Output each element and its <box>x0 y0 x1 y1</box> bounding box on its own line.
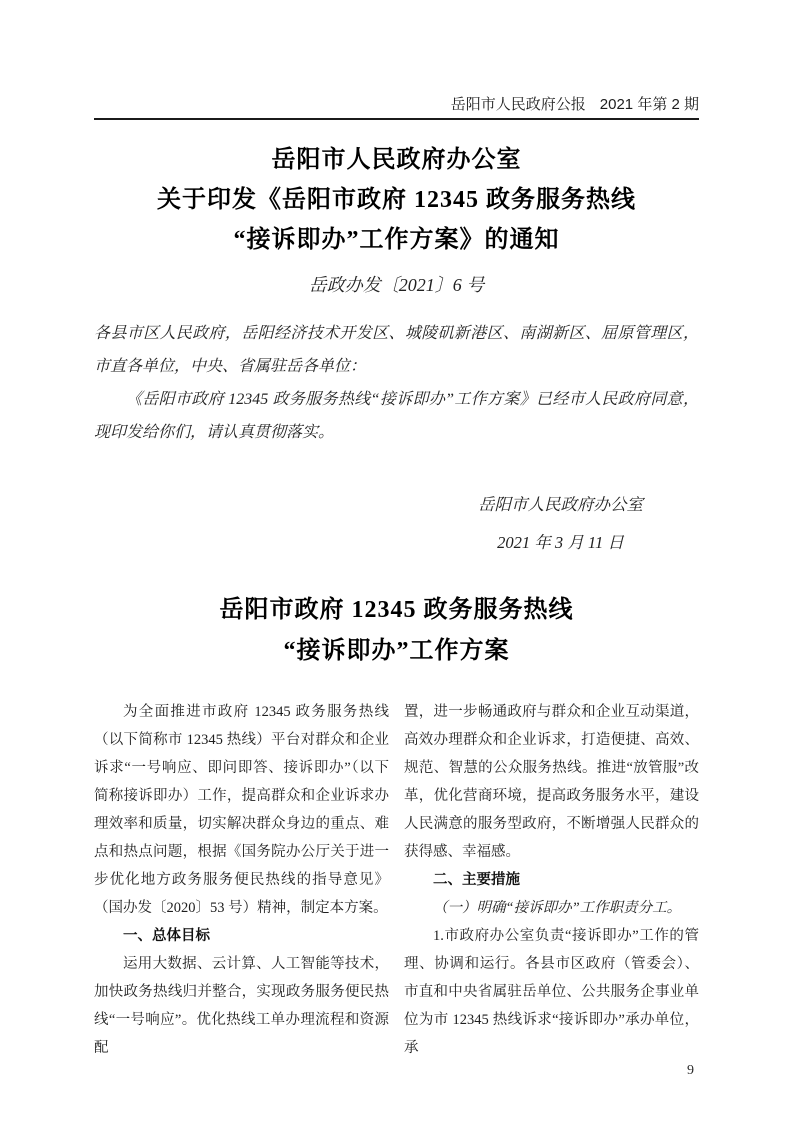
gazette-page: 岳阳市人民政府公报2021 年第 2 期 岳阳市人民政府办公室 关于印发《岳阳市… <box>0 0 793 1122</box>
plan-title: 岳阳市政府 12345 政务服务热线 “接诉即办”工作方案 <box>94 590 699 672</box>
notice-salutation: 各县市区人民政府，岳阳经济技术开发区、城陵矶新港区、南湖新区、屈原管理区，市直各… <box>94 317 699 383</box>
plan-title-line-1: 岳阳市政府 12345 政务服务热线 <box>94 590 699 631</box>
notice-title-line-2: 关于印发《岳阳市政府 12345 政务服务热线 <box>94 180 699 220</box>
plan-paragraph-1: 为全面推进市政府 12345 政务服务热线（以下简称市 12345 热线）平台对… <box>94 698 389 922</box>
masthead-publication: 岳阳市人民政府公报 <box>451 96 586 113</box>
plan-heading-1: 一、总体目标 <box>94 922 389 950</box>
masthead-issue: 2021 年第 2 期 <box>600 96 699 113</box>
notice-title-line-1: 岳阳市人民政府办公室 <box>94 140 699 180</box>
plan-heading-2: 二、主要措施 <box>404 866 699 894</box>
masthead: 岳阳市人民政府公报2021 年第 2 期 <box>94 0 699 113</box>
page-content: 岳阳市人民政府公报2021 年第 2 期 岳阳市人民政府办公室 关于印发《岳阳市… <box>94 0 699 1080</box>
plan-title-line-2: “接诉即办”工作方案 <box>94 631 699 672</box>
page-number: 9 <box>94 1062 699 1080</box>
notice-title: 岳阳市人民政府办公室 关于印发《岳阳市政府 12345 政务服务热线 “接诉即办… <box>94 140 699 260</box>
plan-column-left: 为全面推进市政府 12345 政务服务热线（以下简称市 12345 热线）平台对… <box>94 698 389 1062</box>
plan-subheading-1: （一）明确“接诉即办”工作职责分工。 <box>404 894 699 922</box>
signature-date: 2021 年 3 月 11 日 <box>478 524 643 562</box>
doc-number: 岳政办发〔2021〕6 号 <box>94 271 699 299</box>
plan-body-columns: 为全面推进市政府 12345 政务服务热线（以下简称市 12345 热线）平台对… <box>94 698 699 1062</box>
notice-body-paragraph: 《岳阳市政府 12345 政务服务热线“接诉即办”工作方案》已经市人民政府同意，… <box>94 383 699 449</box>
header-rule <box>94 118 699 120</box>
notice-body: 各县市区人民政府，岳阳经济技术开发区、城陵矶新港区、南湖新区、屈原管理区，市直各… <box>94 317 699 449</box>
notice-title-line-3: “接诉即办”工作方案》的通知 <box>94 220 699 260</box>
signature-org: 岳阳市人民政府办公室 <box>478 486 643 524</box>
signature-block: 岳阳市人民政府办公室 2021 年 3 月 11 日 <box>478 486 643 562</box>
plan-paragraph-2-continued: 置，进一步畅通政府与群众和企业互动渠道，高效办理群众和企业诉求，打造便捷、高效、… <box>404 698 699 866</box>
plan-paragraph-3: 1.市政府办公室负责“接诉即办”工作的管理、协调和运行。各县市区政府（管委会）、… <box>404 922 699 1062</box>
plan-paragraph-2: 运用大数据、云计算、人工智能等技术，加快政务热线归并整合，实现政务服务便民热线“… <box>94 950 389 1062</box>
plan-column-right: 置，进一步畅通政府与群众和企业互动渠道，高效办理群众和企业诉求，打造便捷、高效、… <box>404 698 699 1062</box>
